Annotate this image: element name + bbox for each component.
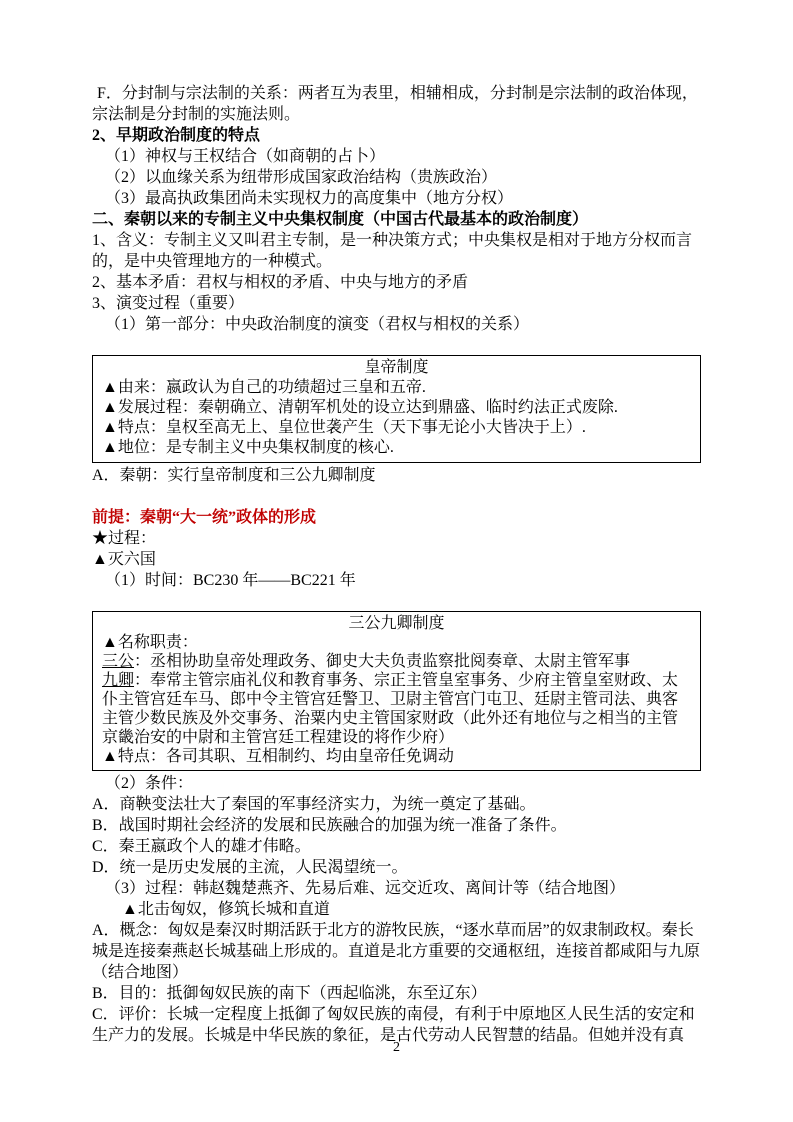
sangong-label: 三公	[102, 653, 134, 670]
heading-early-political-features: 2、早期政治制度的特点	[92, 125, 701, 146]
condition-item-c: C．秦王嬴政个人的雄才伟略。	[92, 836, 701, 857]
condition-item-b: B．战国时期社会经济的发展和民族融合的加强为统一准备了条件。	[92, 815, 701, 836]
condition-heading: （2）条件：	[92, 773, 701, 794]
sangong-line: 三公：丞相协助皇帝处理政务、御史大夫负责监察批阅奏章、太尉主管军事	[102, 652, 691, 671]
early-feature-item-1: （1）神权与王权结合（如商朝的占卜）	[92, 146, 701, 167]
para-qin-emperor-sangong: A．秦朝：实行皇帝制度和三公九卿制度	[92, 465, 701, 486]
sangong-duties-intro: ▲名称职责：	[102, 633, 691, 652]
sangong-text: ：丞相协助皇帝处理政务、御史大夫负责监察批阅奏章、太尉主管军事	[134, 653, 630, 670]
emperor-feature-line: ▲特点：皇权至高无上、皇位世袭产生（天下事无论小大皆决于上）.	[102, 418, 691, 438]
destroy-six-states-line: ▲灭六国	[92, 549, 701, 570]
heading-qin-centralization: 二、秦朝以来的专制主义中央集权制度（中国古代最基本的政治制度）	[92, 209, 701, 230]
attack-xiongnu-line: ▲北击匈奴，修筑长城和直道	[92, 899, 701, 920]
condition-item-a: A．商鞅变法壮大了秦国的军事经济实力，为统一奠定了基础。	[92, 794, 701, 815]
sangong-feature-line: ▲特点：各司其职、互相制约、均由皇帝任免调动	[102, 747, 691, 766]
emperor-development-line: ▲发展过程：秦朝确立、清朝军机处的设立达到鼎盛、临时约法正式废除.	[102, 398, 691, 418]
para-meaning: 1、含义：专制主义又叫君主专制，是一种决策方式；中央集权是相对于地方分权而言的，…	[92, 230, 701, 272]
para-f-fengjian-zongfa-relation: F．分封制与宗法制的关系：两者互为表里，相辅相成，分封制是宗法制的政治体现，宗法…	[92, 83, 701, 125]
process-star-line: ★过程：	[92, 528, 701, 549]
sangong-jiuqing-box: 三公九卿制度 ▲名称职责： 三公：丞相协助皇帝处理政务、御史大夫负责监察批阅奏章…	[92, 611, 701, 771]
emperor-system-box: 皇帝制度 ▲由来：嬴政认为自己的功绩超过三皇和五帝. ▲发展过程：秦朝确立、清朝…	[92, 355, 701, 463]
jiuqing-text: ：奉常主管宗庙礼仪和教育事务、宗正主管皇室事务、少府主管皇室财政、太仆主管宫廷车…	[102, 672, 678, 746]
premise-heading-red: 前提：秦朝“大一统”政体的形成	[92, 507, 701, 528]
para-basic-contradiction: 2、基本矛盾：君权与相权的矛盾、中央与地方的矛盾	[92, 272, 701, 293]
jiuqing-line: 九卿：奉常主管宗庙礼仪和教育事务、宗正主管皇室事务、少府主管皇室财政、太仆主管宫…	[102, 671, 691, 747]
time-line: （1）时间：BC230 年——BC221 年	[92, 570, 701, 591]
document-content: F．分封制与宗法制的关系：两者互为表里，相辅相成，分封制是宗法制的政治体现，宗法…	[92, 83, 701, 1046]
condition-item-d: D．统一是历史发展的主流，人民渴望统一。	[92, 857, 701, 878]
early-feature-item-3: （3）最高执政集团尚未实现权力的高度集中（地方分权）	[92, 188, 701, 209]
page-number: 2	[0, 1040, 793, 1056]
process-item-line: （3）过程：韩赵魏楚燕齐、先易后难、远交近攻、离间计等（结合地图）	[92, 878, 701, 899]
purpose-item-b: B．目的：抵御匈奴民族的南下（西起临洮，东至辽东）	[92, 983, 701, 1004]
concept-item-a: A．概念：匈奴是秦汉时期活跃于北方的游牧民族，“逐水草而居”的奴隶制政权。秦长城…	[92, 920, 701, 983]
para-part1-central-politics: （1）第一部分：中央政治制度的演变（君权与相权的关系）	[92, 314, 701, 335]
sangong-box-title: 三公九卿制度	[102, 614, 691, 633]
early-feature-item-2: （2）以血缘关系为纽带形成国家政治结构（贵族政治）	[92, 167, 701, 188]
emperor-origin-line: ▲由来：嬴政认为自己的功绩超过三皇和五帝.	[102, 378, 691, 398]
jiuqing-label: 九卿	[102, 672, 134, 689]
emperor-status-line: ▲地位：是专制主义中央集权制度的核心.	[102, 438, 691, 458]
document-page: F．分封制与宗法制的关系：两者互为表里，相辅相成，分封制是宗法制的政治体现，宗法…	[0, 0, 793, 1122]
emperor-box-title: 皇帝制度	[102, 358, 691, 378]
para-evolution-process: 3、演变过程（重要）	[92, 293, 701, 314]
